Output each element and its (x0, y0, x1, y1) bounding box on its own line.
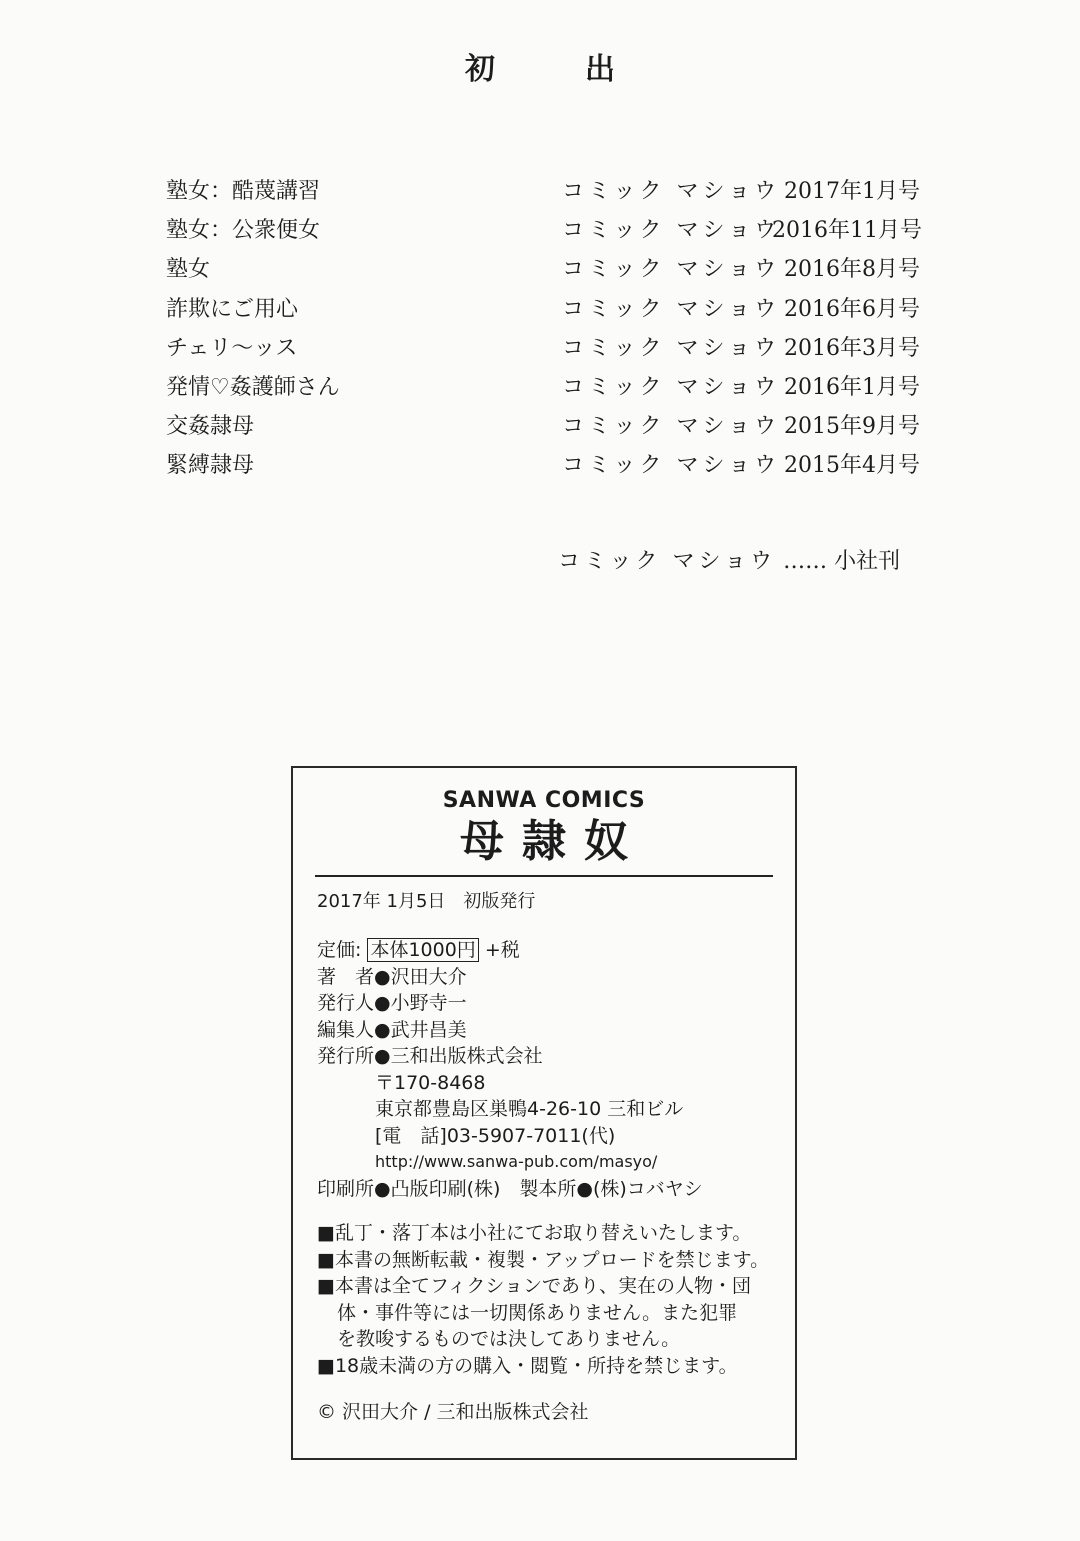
issue-date: 2015年9月号 (772, 409, 920, 440)
list-item: 塾女：公衆便女 コミック マショウ 2016年11月号 (166, 209, 926, 248)
first-appearance-list: 塾女：酷蔑講習 コミック マショウ 2017年1月号 塾女：公衆便女 コミック … (166, 170, 926, 484)
postal-code: 〒170-8468 (317, 1070, 795, 1097)
magazine-name: コミック マショウ (562, 409, 772, 440)
magazine-name: コミック マショウ (562, 292, 772, 323)
book-title: 母隷奴 (293, 815, 795, 869)
magazine-name: コミック マショウ (562, 331, 772, 362)
notice-item-continued: 体・事件等には一切関係ありません。また犯罪 (317, 1300, 795, 1327)
list-item: 発情♡姦護師さん コミック マショウ 2016年1月号 (166, 366, 926, 405)
publisher-note: コミック マショウ …… 小社刊 (558, 544, 900, 575)
story-title: 発情♡姦護師さん (166, 370, 562, 401)
issue-date: 2016年1月号 (772, 370, 920, 401)
website-url: http://www.sanwa-pub.com/masyo/ (317, 1149, 795, 1176)
price-line: 定価: 本体1000円 +税 (317, 937, 795, 964)
publication-info: 定価: 本体1000円 +税 著 者●沢田大介 発行人●小野寺一 編集人●武井昌… (317, 937, 795, 1202)
magazine-name: コミック マショウ (562, 370, 772, 401)
divider (315, 875, 773, 877)
editor-line: 編集人●武井昌美 (317, 1017, 795, 1044)
colophon-box: SANWA COMICS 母隷奴 2017年 1月5日 初版発行 定価: 本体1… (291, 766, 797, 1460)
list-item: 塾女 コミック マショウ 2016年8月号 (166, 248, 926, 287)
note-text: 小社刊 (834, 549, 900, 574)
publication-date: 2017年 1月5日 初版発行 (317, 887, 795, 913)
publisher-person-line: 発行人●小野寺一 (317, 990, 795, 1017)
issue-date: 2016年6月号 (772, 292, 920, 323)
story-title: 詐欺にご用心 (166, 292, 562, 323)
list-item: 交姦隷母 コミック マショウ 2015年9月号 (166, 405, 926, 444)
price-label: 定価: (317, 939, 361, 961)
magazine-name: コミック マショウ (558, 549, 776, 574)
story-title: 交姦隷母 (166, 409, 562, 440)
notice-item: ■乱丁・落丁本は小社にてお取り替えいたします。 (317, 1220, 795, 1247)
issue-date: 2016年3月号 (772, 331, 920, 362)
address: 東京都豊島区巣鴨4-26-10 三和ビル (317, 1096, 795, 1123)
story-title: 緊縛隷母 (166, 448, 562, 479)
leader-dots: …… (783, 549, 827, 574)
notice-item: ■本書は全てフィクションであり、実在の人物・団 (317, 1273, 795, 1300)
notice-item: ■18歳未満の方の購入・閲覧・所持を禁じます。 (317, 1353, 795, 1380)
phone: [電 話]03-5907-7011(代) (317, 1123, 795, 1150)
list-item: チェリ～ッス コミック マショウ 2016年3月号 (166, 327, 926, 366)
issue-date: 2017年1月号 (772, 174, 920, 205)
price-value: 本体1000円 (367, 938, 478, 962)
printer-line: 印刷所●凸版印刷(株) 製本所●(株)コバヤシ (317, 1176, 795, 1203)
magazine-name: コミック マショウ (562, 213, 772, 244)
magazine-name: コミック マショウ (562, 174, 772, 205)
series-name: SANWA COMICS (293, 788, 795, 813)
copyright-line: © 沢田大介 / 三和出版株式会社 (317, 1397, 795, 1424)
magazine-name: コミック マショウ (562, 448, 772, 479)
story-title: 塾女：酷蔑講習 (166, 174, 562, 205)
author-line: 著 者●沢田大介 (317, 964, 795, 991)
issue-date: 2016年11月号 (772, 213, 920, 244)
list-item: 詐欺にご用心 コミック マショウ 2016年6月号 (166, 288, 926, 327)
story-title: チェリ～ッス (166, 331, 562, 362)
price-tax: +税 (485, 939, 520, 961)
magazine-name: コミック マショウ (562, 252, 772, 283)
issue-date: 2015年4月号 (772, 448, 920, 479)
page-heading: 初 出 (0, 44, 1080, 88)
story-title: 塾女 (166, 252, 562, 283)
issue-date: 2016年8月号 (772, 252, 920, 283)
notices: ■乱丁・落丁本は小社にてお取り替えいたします。 ■本書の無断転載・複製・アップロ… (317, 1220, 795, 1379)
notice-item-continued: を教唆するものでは決してありません。 (317, 1326, 795, 1353)
list-item: 塾女：酷蔑講習 コミック マショウ 2017年1月号 (166, 170, 926, 209)
publisher-line: 発行所●三和出版株式会社 (317, 1043, 795, 1070)
list-item: 緊縛隷母 コミック マショウ 2015年4月号 (166, 444, 926, 483)
notice-item: ■本書の無断転載・複製・アップロードを禁じます。 (317, 1247, 795, 1274)
story-title: 塾女：公衆便女 (166, 213, 562, 244)
